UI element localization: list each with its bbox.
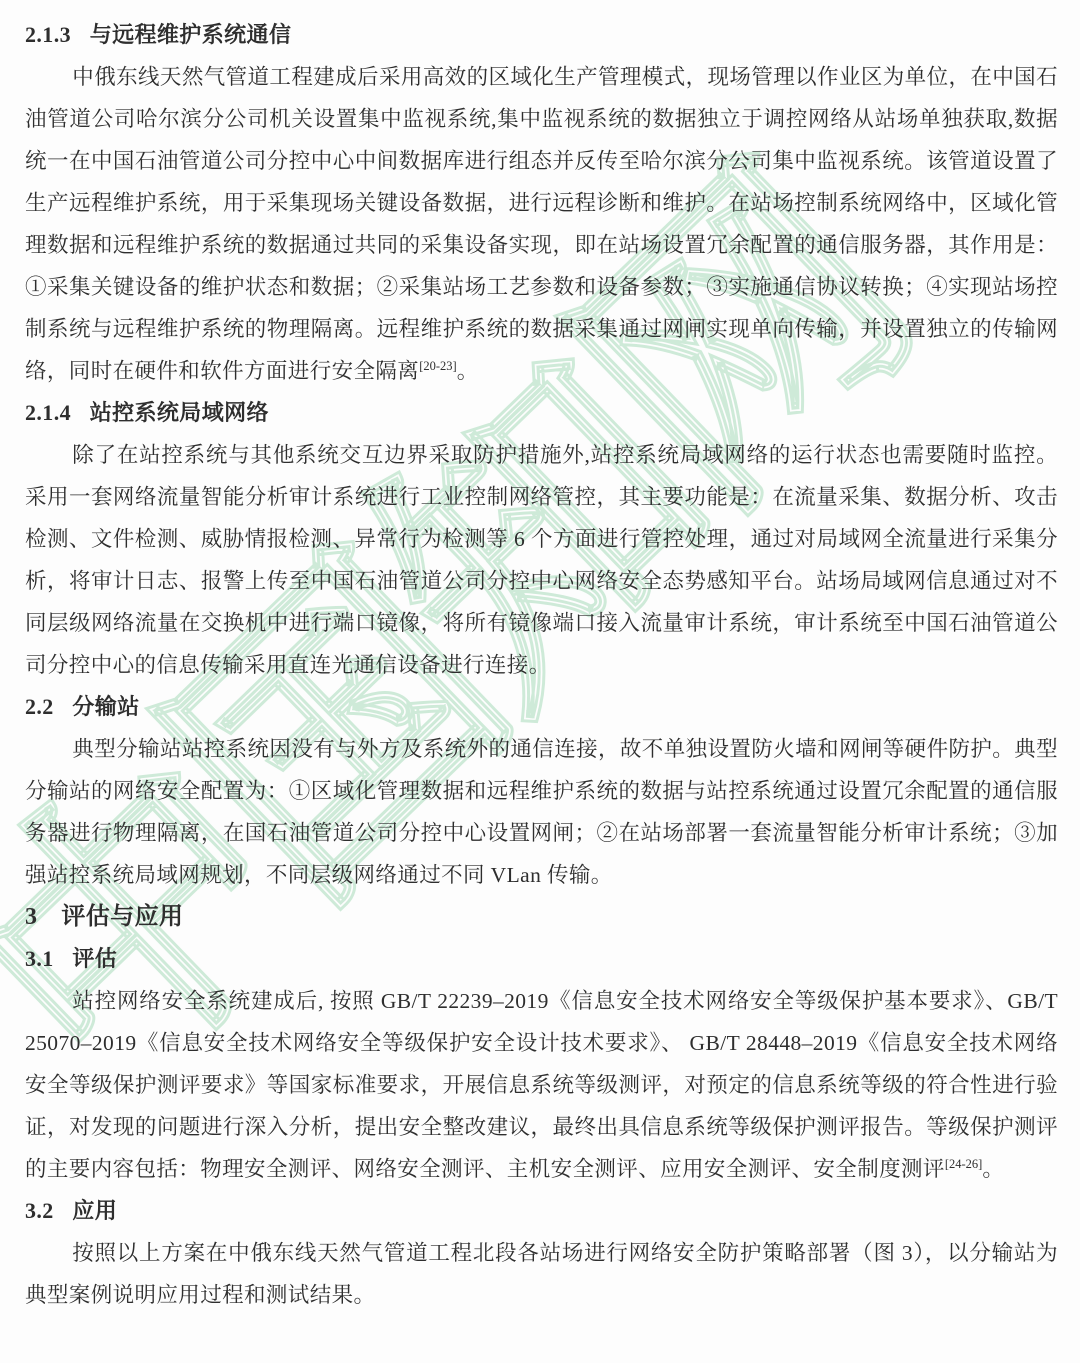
paragraph-remote-maintenance: 中俄东线天然气管道工程建成后采用高效的区域化生产管理模式，现场管理以作业区为单位… xyxy=(25,56,1058,392)
heading-3-2-title: 应用 xyxy=(72,1198,117,1223)
document-content: 2.1.3与远程维护系统通信 中俄东线天然气管道工程建成后采用高效的区域化生产管… xyxy=(0,0,1080,1316)
paragraph-assessment-tail: 。 xyxy=(982,1157,1004,1181)
paragraph-station-lan-text: 除了在站控系统与其他系统交互边界采取防护措施外,站控系统局域网络的运行状态也需要… xyxy=(25,443,1058,677)
paragraph-remote-maintenance-text: 中俄东线天然气管道工程建成后采用高效的区域化生产管理模式，现场管理以作业区为单位… xyxy=(25,65,1058,383)
paragraph-application: 按照以上方案在中俄东线天然气管道工程北段各站场进行网络安全防护策略部署（图 3）… xyxy=(25,1232,1058,1316)
citation-ref-24-26: [24-26] xyxy=(945,1157,983,1171)
heading-3-title: 评估与应用 xyxy=(61,904,183,930)
heading-2-2-title: 分输站 xyxy=(72,694,139,719)
paragraph-application-text: 按照以上方案在中俄东线天然气管道工程北段各站场进行网络安全防护策略部署（图 3）… xyxy=(25,1241,1058,1307)
paragraph-distribution-station: 典型分输站站控系统因没有与外方及系统外的通信连接，故不单独设置防火墙和网闸等硬件… xyxy=(25,728,1058,896)
paragraph-assessment-text: 站控网络安全系统建成后, 按照 GB/T 22239–2019《信息安全技术网络… xyxy=(25,989,1058,1181)
heading-2-1-3: 2.1.3与远程维护系统通信 xyxy=(25,14,1058,56)
heading-3-number: 3 xyxy=(25,904,37,930)
heading-3-2-number: 3.2 xyxy=(25,1198,54,1223)
paragraph-station-lan: 除了在站控系统与其他系统交互边界采取防护措施外,站控系统局域网络的运行状态也需要… xyxy=(25,434,1058,686)
heading-2-1-4-title: 站控系统局域网络 xyxy=(90,400,269,425)
heading-2-1-4: 2.1.4站控系统局域网络 xyxy=(25,392,1058,434)
paragraph-distribution-station-text: 典型分输站站控系统因没有与外方及系统外的通信连接，故不单独设置防火墙和网闸等硬件… xyxy=(25,737,1058,887)
heading-3-2: 3.2应用 xyxy=(25,1190,1058,1232)
heading-2-2-number: 2.2 xyxy=(25,694,54,719)
heading-3: 3评估与应用 xyxy=(25,896,1058,938)
paragraph-assessment: 站控网络安全系统建成后, 按照 GB/T 22239–2019《信息安全技术网络… xyxy=(25,980,1058,1190)
citation-ref-20-23: [20-23] xyxy=(419,359,457,373)
heading-3-1: 3.1评估 xyxy=(25,938,1058,980)
heading-3-1-title: 评估 xyxy=(72,946,117,971)
paragraph-remote-maintenance-tail: 。 xyxy=(457,359,479,383)
document-page: 中国知网 2.1.3与远程维护系统通信 中俄东线天然气管道工程建成后采用高效的区… xyxy=(0,0,1080,1363)
heading-2-1-3-title: 与远程维护系统通信 xyxy=(90,22,292,47)
heading-3-1-number: 3.1 xyxy=(25,946,54,971)
heading-2-2: 2.2分输站 xyxy=(25,686,1058,728)
heading-2-1-4-number: 2.1.4 xyxy=(25,400,71,425)
heading-2-1-3-number: 2.1.3 xyxy=(25,22,71,47)
